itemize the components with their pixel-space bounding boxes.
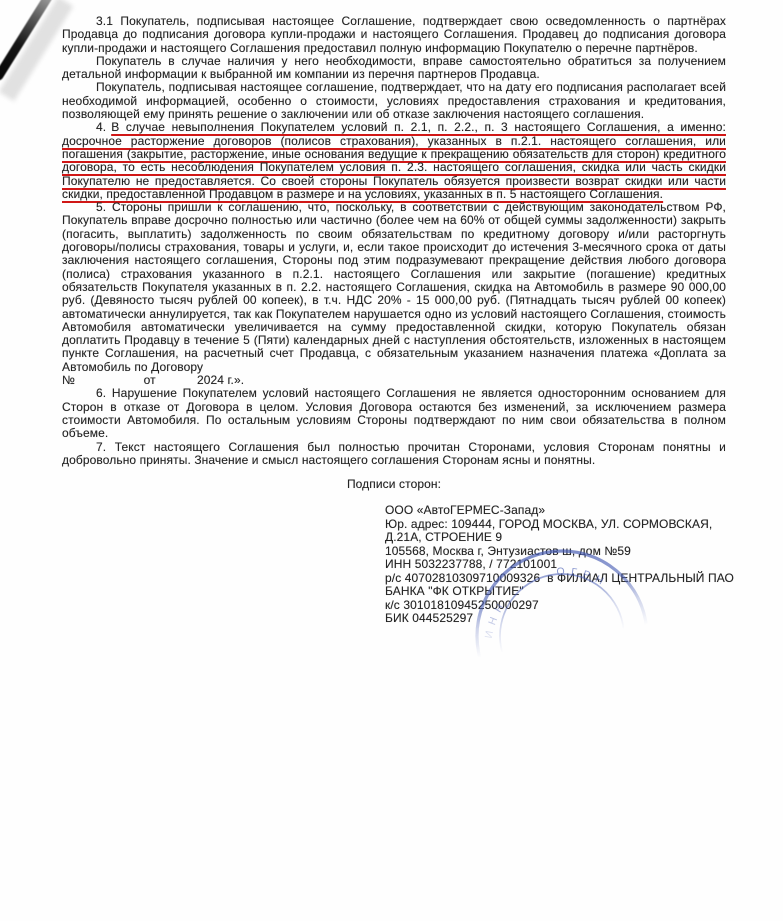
stamp-outer-ring xyxy=(462,536,661,660)
clause-5-text: 5. Стороны пришли к соглашению, что, пос… xyxy=(62,200,726,374)
clause-3-1: 3.1 Покупатель, подписывая настоящее Сог… xyxy=(62,15,726,55)
stamp-arc-text: И Н Н О Г Р Н xyxy=(472,557,614,642)
signatures-heading: Подписи сторон: xyxy=(62,478,726,491)
clause-6: 6. Нарушение Покупателем условий настоящ… xyxy=(62,387,726,440)
seller-legal-address-line-1: Юр. адрес: 109444, ГОРОД МОСКВА, УЛ. СОР… xyxy=(385,518,735,532)
company-round-stamp-icon: И Н Н О Г Р Н xyxy=(458,536,666,660)
seller-company-name: ООО «АвтоГЕРМЕС-Запад» xyxy=(385,504,735,518)
agreement-body: 3.1 Покупатель, подписывая настоящее Сог… xyxy=(62,15,726,626)
clause-4-underlined-text: В случае невыполнения Покупателем услови… xyxy=(62,120,726,200)
clause-4-number: 4. xyxy=(96,120,106,134)
scanned-agreement-page: 3.1 Покупатель, подписывая настоящее Сог… xyxy=(0,0,783,921)
clause-5: 5. Стороны пришли к соглашению, что, пос… xyxy=(62,201,726,387)
clause-7: 7. Текст настоящего Соглашения был полно… xyxy=(62,441,726,468)
clause-3-1-sub-2: Покупатель, подписывая настоящее соглаше… xyxy=(62,81,726,121)
clause-4: 4.В случае невыполнения Покупателем усло… xyxy=(62,121,726,201)
clause-5-payment-purpose-line: № от 2024 г.». xyxy=(62,374,726,387)
clause-3-1-sub-1: Покупатель в случае наличия у него необх… xyxy=(62,55,726,82)
